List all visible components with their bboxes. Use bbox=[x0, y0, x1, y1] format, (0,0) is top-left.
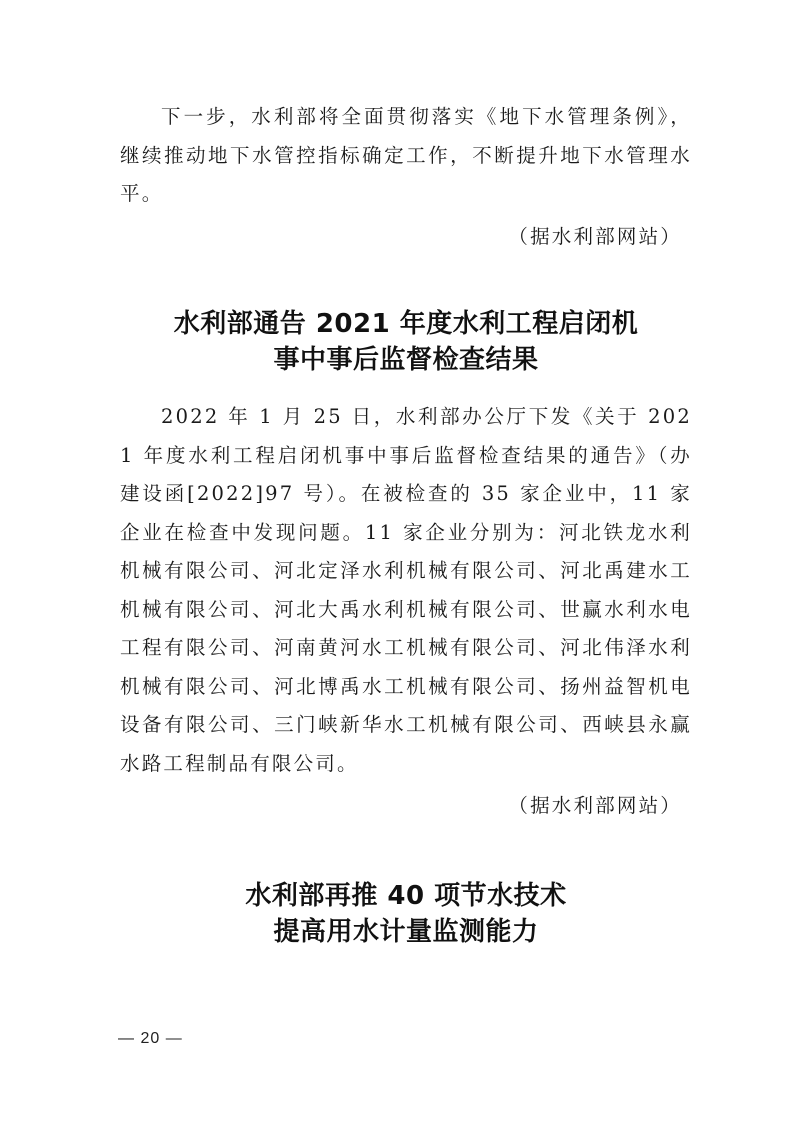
body-paragraph: 下一步，水利部将全面贯彻落实《地下水管理条例》，继续推动地下水管控指标确定工作，… bbox=[120, 98, 692, 214]
page-number: — 20 — bbox=[118, 1030, 183, 1048]
article-hoist-inspection: 水利部通告 2021 年度水利工程启闭机 事中事后监督检查结果 2022 年 1… bbox=[120, 306, 692, 826]
article-groundwater-conclusion: 下一步，水利部将全面贯彻落实《地下水管理条例》，继续推动地下水管控指标确定工作，… bbox=[120, 98, 692, 256]
article-title-line-1: 水利部通告 2021 年度水利工程启闭机 bbox=[120, 306, 692, 342]
article-title: 水利部再推 40 项节水技术 提高用水计量监测能力 bbox=[120, 878, 692, 950]
document-page: 下一步，水利部将全面贯彻落实《地下水管理条例》，继续推动地下水管控指标确定工作，… bbox=[120, 98, 692, 950]
article-title: 水利部通告 2021 年度水利工程启闭机 事中事后监督检查结果 bbox=[120, 306, 692, 378]
source-attribution: （据水利部网站） bbox=[120, 787, 682, 826]
article-title-line-2: 事中事后监督检查结果 bbox=[120, 342, 692, 378]
article-title-line-1: 水利部再推 40 项节水技术 bbox=[120, 878, 692, 914]
body-paragraph: 2022 年 1 月 25 日，水利部办公厅下发《关于 2021 年度水利工程启… bbox=[120, 398, 692, 783]
article-title-line-2: 提高用水计量监测能力 bbox=[120, 914, 692, 950]
source-attribution: （据水利部网站） bbox=[120, 218, 682, 257]
article-water-saving-tech: 水利部再推 40 项节水技术 提高用水计量监测能力 bbox=[120, 878, 692, 950]
